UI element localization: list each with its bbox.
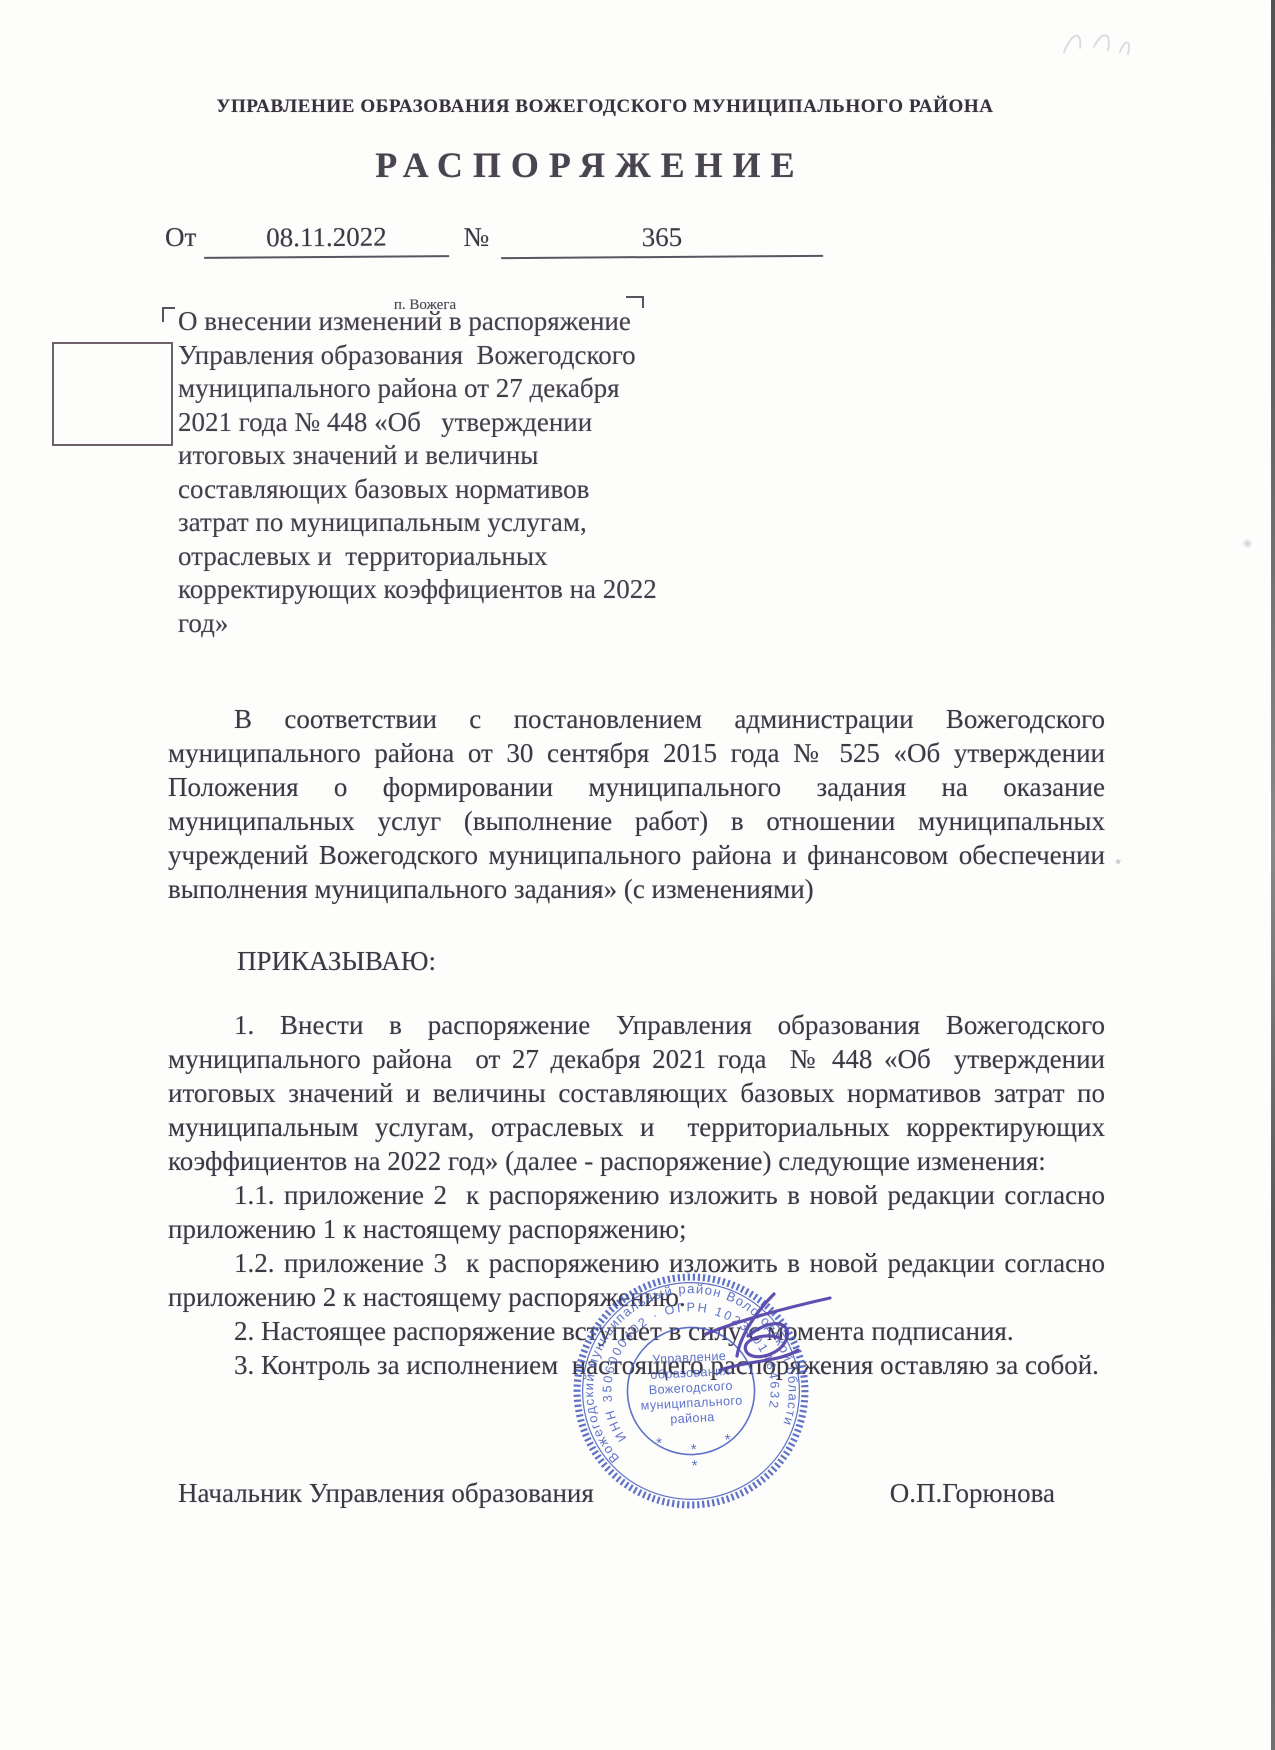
order-item: 1.1. приложение 2 к распоряжению изложит… <box>168 1178 1105 1246</box>
date-label: От <box>165 222 196 253</box>
subject-line: муниципального района от 27 декабря <box>178 372 678 406</box>
scan-speck: ٭ <box>1114 852 1122 871</box>
stamp-star: * <box>724 1431 731 1448</box>
stamp-center-text: района <box>670 1410 715 1426</box>
subject-line: отраслевых и территориальных <box>178 540 678 574</box>
date-value: 08.11.2022 <box>204 221 449 259</box>
registration-stamp-box <box>52 342 173 446</box>
signature-position: Начальник Управления образования <box>178 1478 594 1509</box>
stamp-star: * <box>691 1457 698 1474</box>
corner-mark-open <box>162 307 175 322</box>
date-number-line: От08.11.2022№365 <box>165 222 823 258</box>
subject-line: Управления образования Вожегодского <box>178 339 678 373</box>
document-type-title: РАСПОРЯЖЕНИЕ <box>0 144 1180 186</box>
number-value: 365 <box>501 221 823 259</box>
scan-speck <box>1244 540 1251 547</box>
subject-line: корректирующих коэффициентов на 2022 <box>178 573 678 607</box>
subject-line: затрат по муниципальным услугам, <box>178 506 678 540</box>
order-item: 1. Внести в распоряжение Управления обра… <box>168 1008 1105 1178</box>
stamp-star: * <box>690 1441 697 1458</box>
subject-line: составляющих базовых нормативов <box>178 473 678 507</box>
subject-line: итоговых значений и величины <box>178 439 678 473</box>
scan-edge-shadow <box>1271 0 1275 1750</box>
organization-header: УПРАВЛЕНИЕ ОБРАЗОВАНИЯ ВОЖЕГОДСКОГО МУНИ… <box>0 96 1210 118</box>
number-label: № <box>463 222 489 253</box>
subject-line: О внесении изменений в распоряжение <box>178 305 678 339</box>
stamp-star: * <box>656 1435 663 1452</box>
intro-paragraph: В соответствии с постановлением админист… <box>168 702 1105 906</box>
signature-name: О.П.Горюнова <box>890 1478 1055 1509</box>
subject-line: 2021 года № 448 «Об утверждении <box>178 406 678 440</box>
order-word: ПРИКАЗЫВАЮ: <box>237 946 436 977</box>
subject-line: год» <box>178 607 678 641</box>
subject-block: О внесении изменений в распоряжение Упра… <box>178 305 678 640</box>
scanned-document-page: УПРАВЛЕНИЕ ОБРАЗОВАНИЯ ВОЖЕГОДСКОГО МУНИ… <box>0 0 1275 1750</box>
handwritten-signature-ink <box>678 1280 850 1384</box>
faint-pencil-mark <box>1052 20 1138 68</box>
